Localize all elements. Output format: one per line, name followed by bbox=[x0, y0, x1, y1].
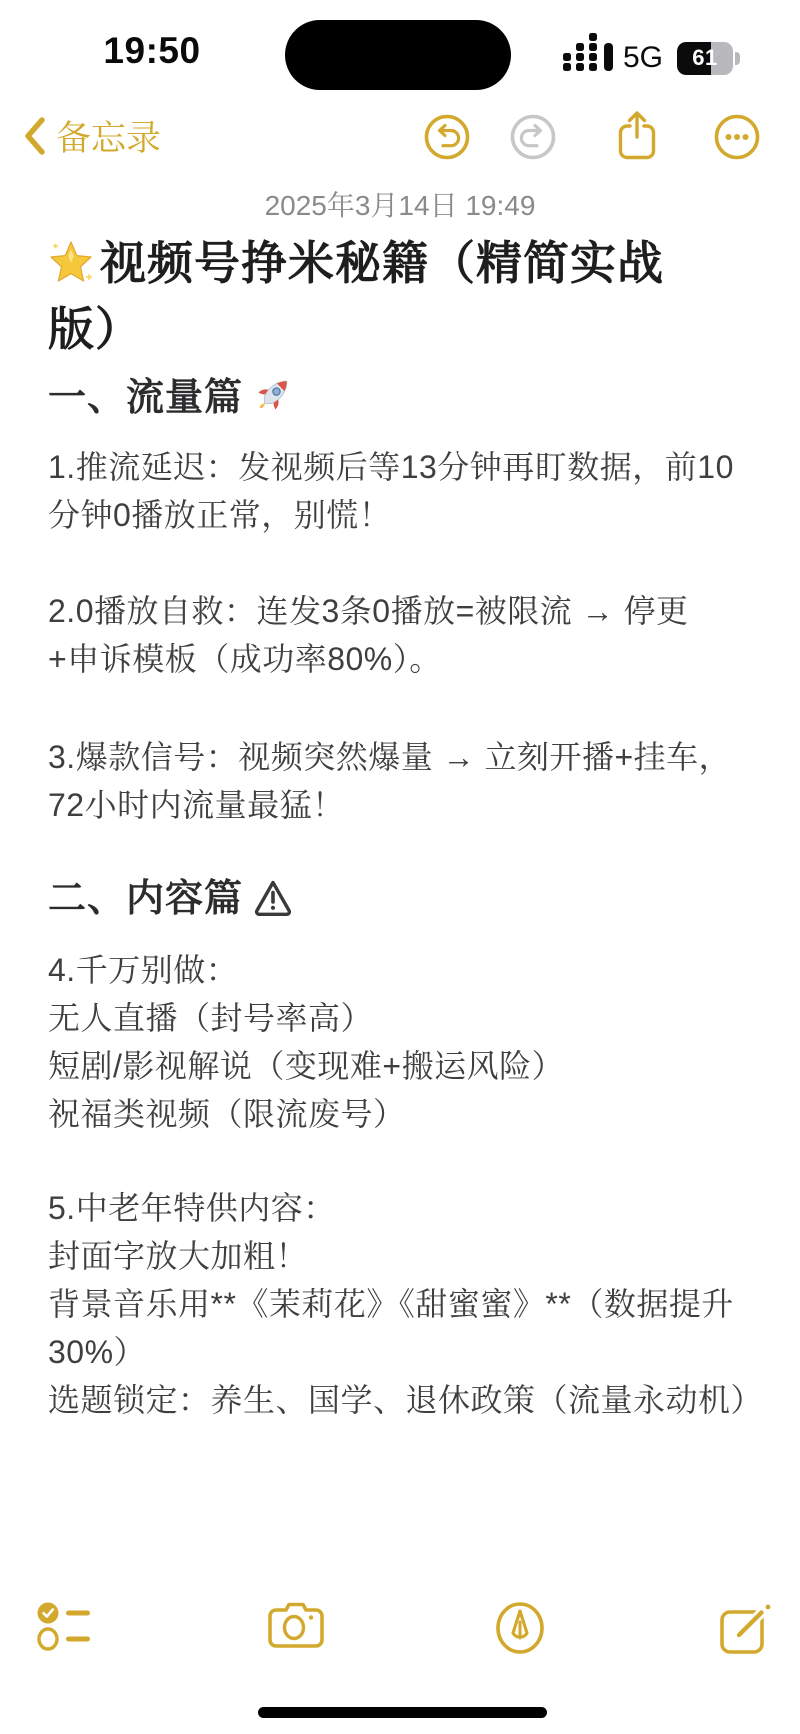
paragraph-2: 2.0播放自救：连发3条0播放=被限流 → 停更 +申诉模板（成功率80%）。 bbox=[48, 587, 756, 683]
markup-pen-icon[interactable] bbox=[492, 1600, 548, 1656]
dynamic-island bbox=[285, 20, 511, 90]
battery-percent: 61 bbox=[677, 42, 733, 75]
section-heading-traffic: 一、流量篇 bbox=[48, 372, 756, 429]
paragraph-3: 3.爆款信号：视频突然爆量 → 立刻开播+挂车， 72小时内流量最猛！ bbox=[48, 733, 756, 829]
note-date: 2025年3月14日 19:49 bbox=[0, 184, 800, 224]
paragraph-5: 5.中老年特供内容： 封面字放大加粗！ 背景音乐用**《茉莉花》《甜蜜蜜》**（… bbox=[48, 1184, 756, 1424]
status-time: 19:50 bbox=[92, 30, 212, 72]
battery-icon: 61 bbox=[677, 42, 733, 75]
paragraph-1: 1.推流延迟：发视频后等13分钟再盯数据，前10 分钟0播放正常，别慌！ bbox=[48, 443, 756, 539]
paragraph-4: 4.千万别做： 无人直播（封号率高） 短剧/影视解说（变现难+搬运风险） 祝福类… bbox=[48, 946, 756, 1138]
chevron-left-icon bbox=[22, 116, 46, 156]
share-icon[interactable] bbox=[614, 109, 660, 161]
section-heading-content: 二、内容篇 bbox=[48, 873, 756, 930]
note-title-line1: 视频号挣米秘籍（精简实战 bbox=[100, 237, 664, 289]
notes-app-screen: 19:50 5G 61 备忘录 bbox=[0, 0, 800, 1734]
redo-icon[interactable] bbox=[510, 109, 556, 161]
rocket-icon bbox=[253, 373, 295, 429]
cellular-signal-icon bbox=[563, 41, 613, 75]
compose-icon[interactable] bbox=[716, 1600, 774, 1658]
undo-icon[interactable] bbox=[424, 109, 470, 161]
home-indicator[interactable] bbox=[258, 1707, 547, 1718]
navbar: 备忘录 bbox=[0, 105, 800, 171]
network-type-label: 5G bbox=[623, 41, 663, 75]
battery-nib bbox=[735, 52, 740, 65]
warning-icon bbox=[253, 878, 293, 930]
note-editor[interactable]: 视频号挣米秘籍（精简实战 版） 一、流量篇 bbox=[48, 230, 756, 1424]
status-indicators: 5G 61 bbox=[563, 38, 740, 78]
back-button-label: 备忘录 bbox=[56, 111, 161, 161]
camera-icon[interactable] bbox=[266, 1600, 326, 1652]
note-title: 视频号挣米秘籍（精简实战 版） bbox=[48, 230, 756, 362]
checklist-icon[interactable] bbox=[36, 1600, 94, 1652]
note-title-line2: 版） bbox=[48, 296, 756, 362]
back-button[interactable]: 备忘录 bbox=[22, 111, 161, 161]
more-icon[interactable] bbox=[714, 109, 760, 161]
bottom-toolbar bbox=[0, 1596, 800, 1666]
glowing-star-icon bbox=[48, 239, 94, 285]
